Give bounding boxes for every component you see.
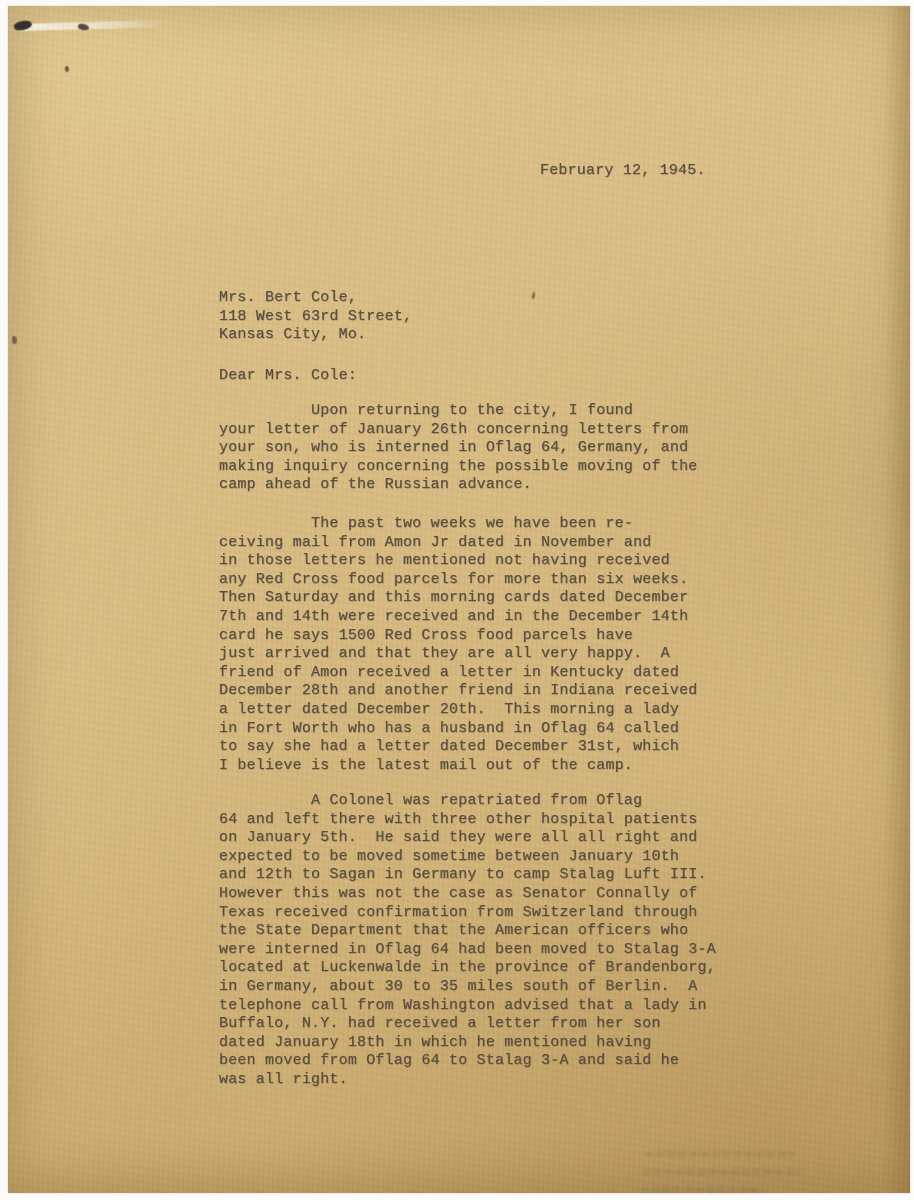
ink-speck: [12, 336, 17, 344]
bleed-through-text-line: [643, 1169, 801, 1175]
paper-edge-shading: [884, 6, 910, 1193]
torn-edge-mark: [18, 20, 168, 31]
ink-speck: [65, 66, 69, 72]
scanned-letter-page: February 12, 1945. Mrs. Bert Cole, 118 W…: [0, 0, 914, 1200]
letter-date: February 12, 1945.: [540, 162, 706, 181]
letter-paragraph-2: The past two weeks we have been re- ceiv…: [219, 515, 697, 775]
recipient-address: Mrs. Bert Cole, 118 West 63rd Street, Ka…: [219, 289, 412, 345]
letter-paper: February 12, 1945. Mrs. Bert Cole, 118 W…: [8, 6, 910, 1193]
letter-paragraph-3: A Colonel was repatriated from Oflag 64 …: [219, 792, 716, 1090]
bleed-through-text-line: [641, 1187, 763, 1193]
ink-speck: [531, 292, 535, 299]
salutation: Dear Mrs. Cole:: [219, 367, 357, 386]
bleed-through-text-line: [646, 1151, 794, 1157]
letter-paragraph-1: Upon returning to the city, I found your…: [219, 402, 697, 495]
